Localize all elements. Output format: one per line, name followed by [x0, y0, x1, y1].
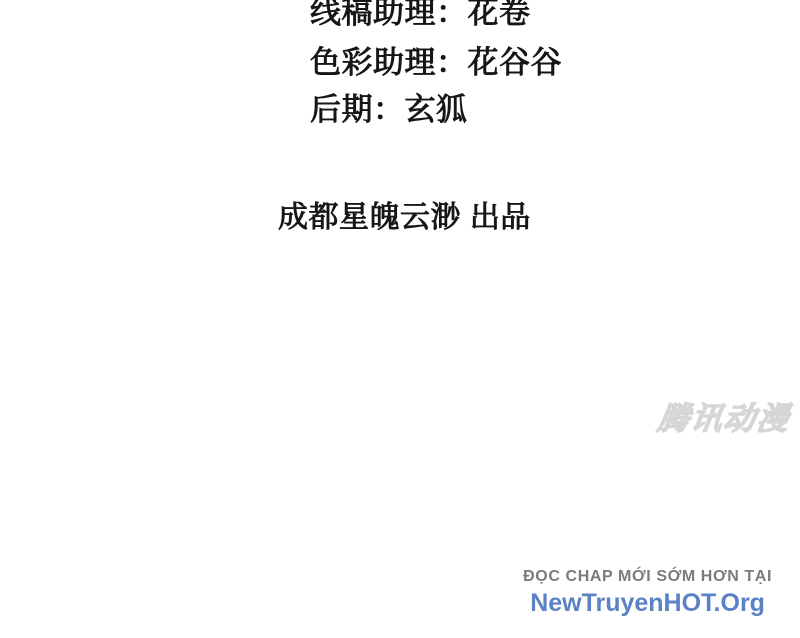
- studio-production-credit: 成都星魄云渺 出品: [278, 201, 531, 234]
- credit-line-postproduction: 后期：玄狐: [310, 93, 468, 127]
- footer-tagline: ĐỌC CHAP MỚI SỚM HƠN TẠI: [523, 566, 772, 588]
- comic-credits-page: 线稿助理：花卷 色彩助理：花谷谷 后期：玄狐 成都星魄云渺 出品 腾讯动漫 ĐỌ…: [0, 0, 800, 638]
- footer-site-link[interactable]: NewTruyenHOT.Org: [523, 589, 772, 617]
- credit-line-color-assistant: 色彩助理：花谷谷: [310, 46, 562, 80]
- tencent-comics-watermark: 腾讯动漫: [656, 402, 793, 436]
- site-watermark-footer: ĐỌC CHAP MỚI SỚM HƠN TẠI NewTruyenHOT.Or…: [523, 566, 772, 617]
- credit-line-lineart-assistant: 线稿助理：花卷: [310, 0, 531, 30]
